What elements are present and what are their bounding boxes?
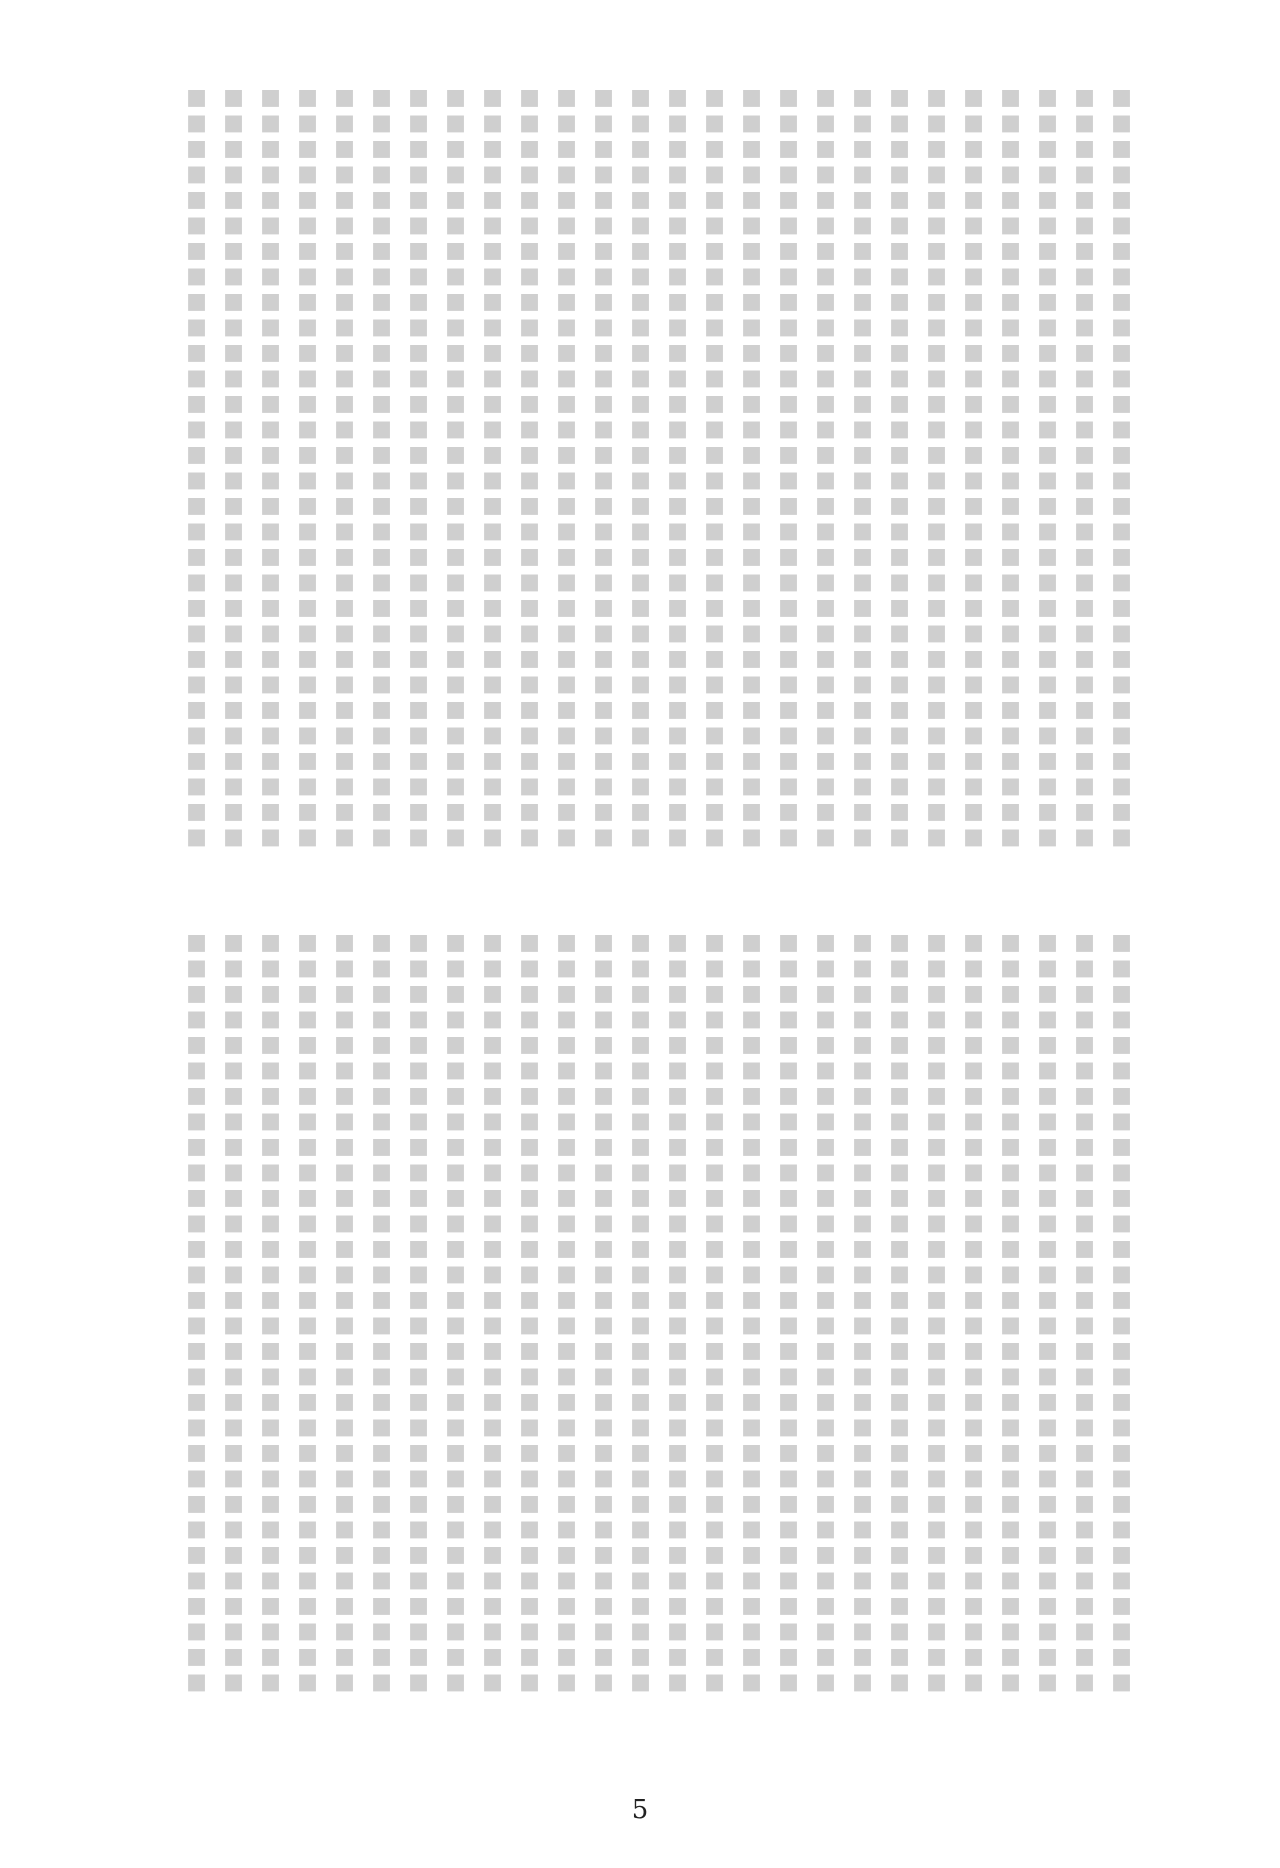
text-column: ■■■■■■■■■■■■■■■■■■■■■■■■■■■■■■ bbox=[733, 930, 770, 1700]
text-column: ■■■■■■■■■■■■■■■■■■■■■■■■■■■■■■ bbox=[659, 85, 696, 855]
text-column: ■■■■■■■■■■■■■■■■■■■■■■■■■■■■■■ bbox=[548, 930, 585, 1700]
text-column: ■■■■■■■■■■■■■■■■■■■■■■■■■■■■■■ bbox=[696, 85, 733, 855]
text-column: ■■■■■■■■■■■■■■■■■■■■■■■■■■■■■■ bbox=[844, 85, 881, 855]
text-block-top: ■■■■■■■■■■■■■■■■■■■■■■■■■■■■■■■■■■■■■■■■… bbox=[135, 85, 1140, 855]
text-column: ■■■■■■■■■■■■■■■■■■■■■■■■■■■■■■ bbox=[437, 85, 474, 855]
text-column: ■■■■■■■■■■■■■■■■■■■■■■■■■■■■■■ bbox=[215, 930, 252, 1700]
text-column: ■■■■■■■■■■■■■■■■■■■■■■■■■■■■■■ bbox=[733, 85, 770, 855]
text-column: ■■■■■■■■■■■■■■■■■■■■■■■■■■■■■■ bbox=[807, 930, 844, 1700]
text-column: ■■■■■■■■■■■■■■■■■■■■■■■■■■■■■■ bbox=[400, 930, 437, 1700]
page-number: 5 bbox=[0, 1795, 1280, 1825]
text-column: ■■■■■■■■■■■■■■■■■■■■■■■■■■■■■■ bbox=[1103, 930, 1140, 1700]
text-column: ■■■■■■■■■■■■■■■■■■■■■■■■■■■■■■ bbox=[992, 85, 1029, 855]
text-column: ■■■■■■■■■■■■■■■■■■■■■■■■■■■■■■ bbox=[992, 930, 1029, 1700]
text-column: ■■■■■■■■■■■■■■■■■■■■■■■■■■■■■■ bbox=[844, 930, 881, 1700]
text-column: ■■■■■■■■■■■■■■■■■■■■■■■■■■■■■■ bbox=[474, 930, 511, 1700]
text-column: ■■■■■■■■■■■■■■■■■■■■■■■■■■■■■■ bbox=[955, 85, 992, 855]
text-column: ■■■■■■■■■■■■■■■■■■■■■■■■■■■■■■ bbox=[622, 85, 659, 855]
text-column: ■■■■■■■■■■■■■■■■■■■■■■■■■■■■■■ bbox=[326, 85, 363, 855]
text-column: ■■■■■■■■■■■■■■■■■■■■■■■■■■■■■■ bbox=[400, 85, 437, 855]
text-column: ■■■■■■■■■■■■■■■■■■■■■■■■■■■■■■ bbox=[289, 930, 326, 1700]
text-column: ■■■■■■■■■■■■■■■■■■■■■■■■■■■■■■ bbox=[437, 930, 474, 1700]
text-block-bottom: ■■■■■■■■■■■■■■■■■■■■■■■■■■■■■■■■■■■■■■■■… bbox=[135, 930, 1140, 1700]
text-column: ■■■■■■■■■■■■■■■■■■■■■■■■■■■■■■ bbox=[474, 85, 511, 855]
text-column: ■■■■■■■■■■■■■■■■■■■■■■■■■■■■■■ bbox=[622, 930, 659, 1700]
text-column: ■■■■■■■■■■■■■■■■■■■■■■■■■■■■■■ bbox=[326, 930, 363, 1700]
text-column: ■■■■■■■■■■■■■■■■■■■■■■■■■■■■■■ bbox=[770, 85, 807, 855]
text-column: ■■■■■■■■■■■■■■■■■■■■■■■■■■■■■■ bbox=[1066, 930, 1103, 1700]
text-column: ■■■■■■■■■■■■■■■■■■■■■■■■■■■■■■ bbox=[548, 85, 585, 855]
text-column: ■■■■■■■■■■■■■■■■■■■■■■■■■■■■■■ bbox=[252, 930, 289, 1700]
text-column: ■■■■■■■■■■■■■■■■■■■■■■■■■■■■■■ bbox=[1103, 85, 1140, 855]
text-column: ■■■■■■■■■■■■■■■■■■■■■■■■■■■■■■ bbox=[511, 930, 548, 1700]
text-column: ■■■■■■■■■■■■■■■■■■■■■■■■■■■■■■ bbox=[585, 930, 622, 1700]
text-column: ■■■■■■■■■■■■■■■■■■■■■■■■■■■■■■ bbox=[178, 930, 215, 1700]
text-column: ■■■■■■■■■■■■■■■■■■■■■■■■■■■■■■ bbox=[1029, 930, 1066, 1700]
text-column: ■■■■■■■■■■■■■■■■■■■■■■■■■■■■■■ bbox=[178, 85, 215, 855]
text-column: ■■■■■■■■■■■■■■■■■■■■■■■■■■■■■■ bbox=[215, 85, 252, 855]
text-column: ■■■■■■■■■■■■■■■■■■■■■■■■■■■■■■ bbox=[1066, 85, 1103, 855]
text-column: ■■■■■■■■■■■■■■■■■■■■■■■■■■■■■■ bbox=[918, 85, 955, 855]
text-column: ■■■■■■■■■■■■■■■■■■■■■■■■■■■■■■ bbox=[585, 85, 622, 855]
text-column: ■■■■■■■■■■■■■■■■■■■■■■■■■■■■■■ bbox=[363, 85, 400, 855]
text-column: ■■■■■■■■■■■■■■■■■■■■■■■■■■■■■■ bbox=[918, 930, 955, 1700]
text-column: ■■■■■■■■■■■■■■■■■■■■■■■■■■■■■■ bbox=[881, 85, 918, 855]
text-column: ■■■■■■■■■■■■■■■■■■■■■■■■■■■■■■ bbox=[1029, 85, 1066, 855]
text-column: ■■■■■■■■■■■■■■■■■■■■■■■■■■■■■■ bbox=[363, 930, 400, 1700]
text-column: ■■■■■■■■■■■■■■■■■■■■■■■■■■■■■■ bbox=[770, 930, 807, 1700]
text-column: ■■■■■■■■■■■■■■■■■■■■■■■■■■■■■■ bbox=[881, 930, 918, 1700]
text-column: ■■■■■■■■■■■■■■■■■■■■■■■■■■■■■■ bbox=[252, 85, 289, 855]
text-column: ■■■■■■■■■■■■■■■■■■■■■■■■■■■■■■ bbox=[289, 85, 326, 855]
text-column: ■■■■■■■■■■■■■■■■■■■■■■■■■■■■■■ bbox=[696, 930, 733, 1700]
text-column: ■■■■■■■■■■■■■■■■■■■■■■■■■■■■■■ bbox=[659, 930, 696, 1700]
text-column: ■■■■■■■■■■■■■■■■■■■■■■■■■■■■■■ bbox=[511, 85, 548, 855]
text-column: ■■■■■■■■■■■■■■■■■■■■■■■■■■■■■■ bbox=[807, 85, 844, 855]
text-column: ■■■■■■■■■■■■■■■■■■■■■■■■■■■■■■ bbox=[955, 930, 992, 1700]
